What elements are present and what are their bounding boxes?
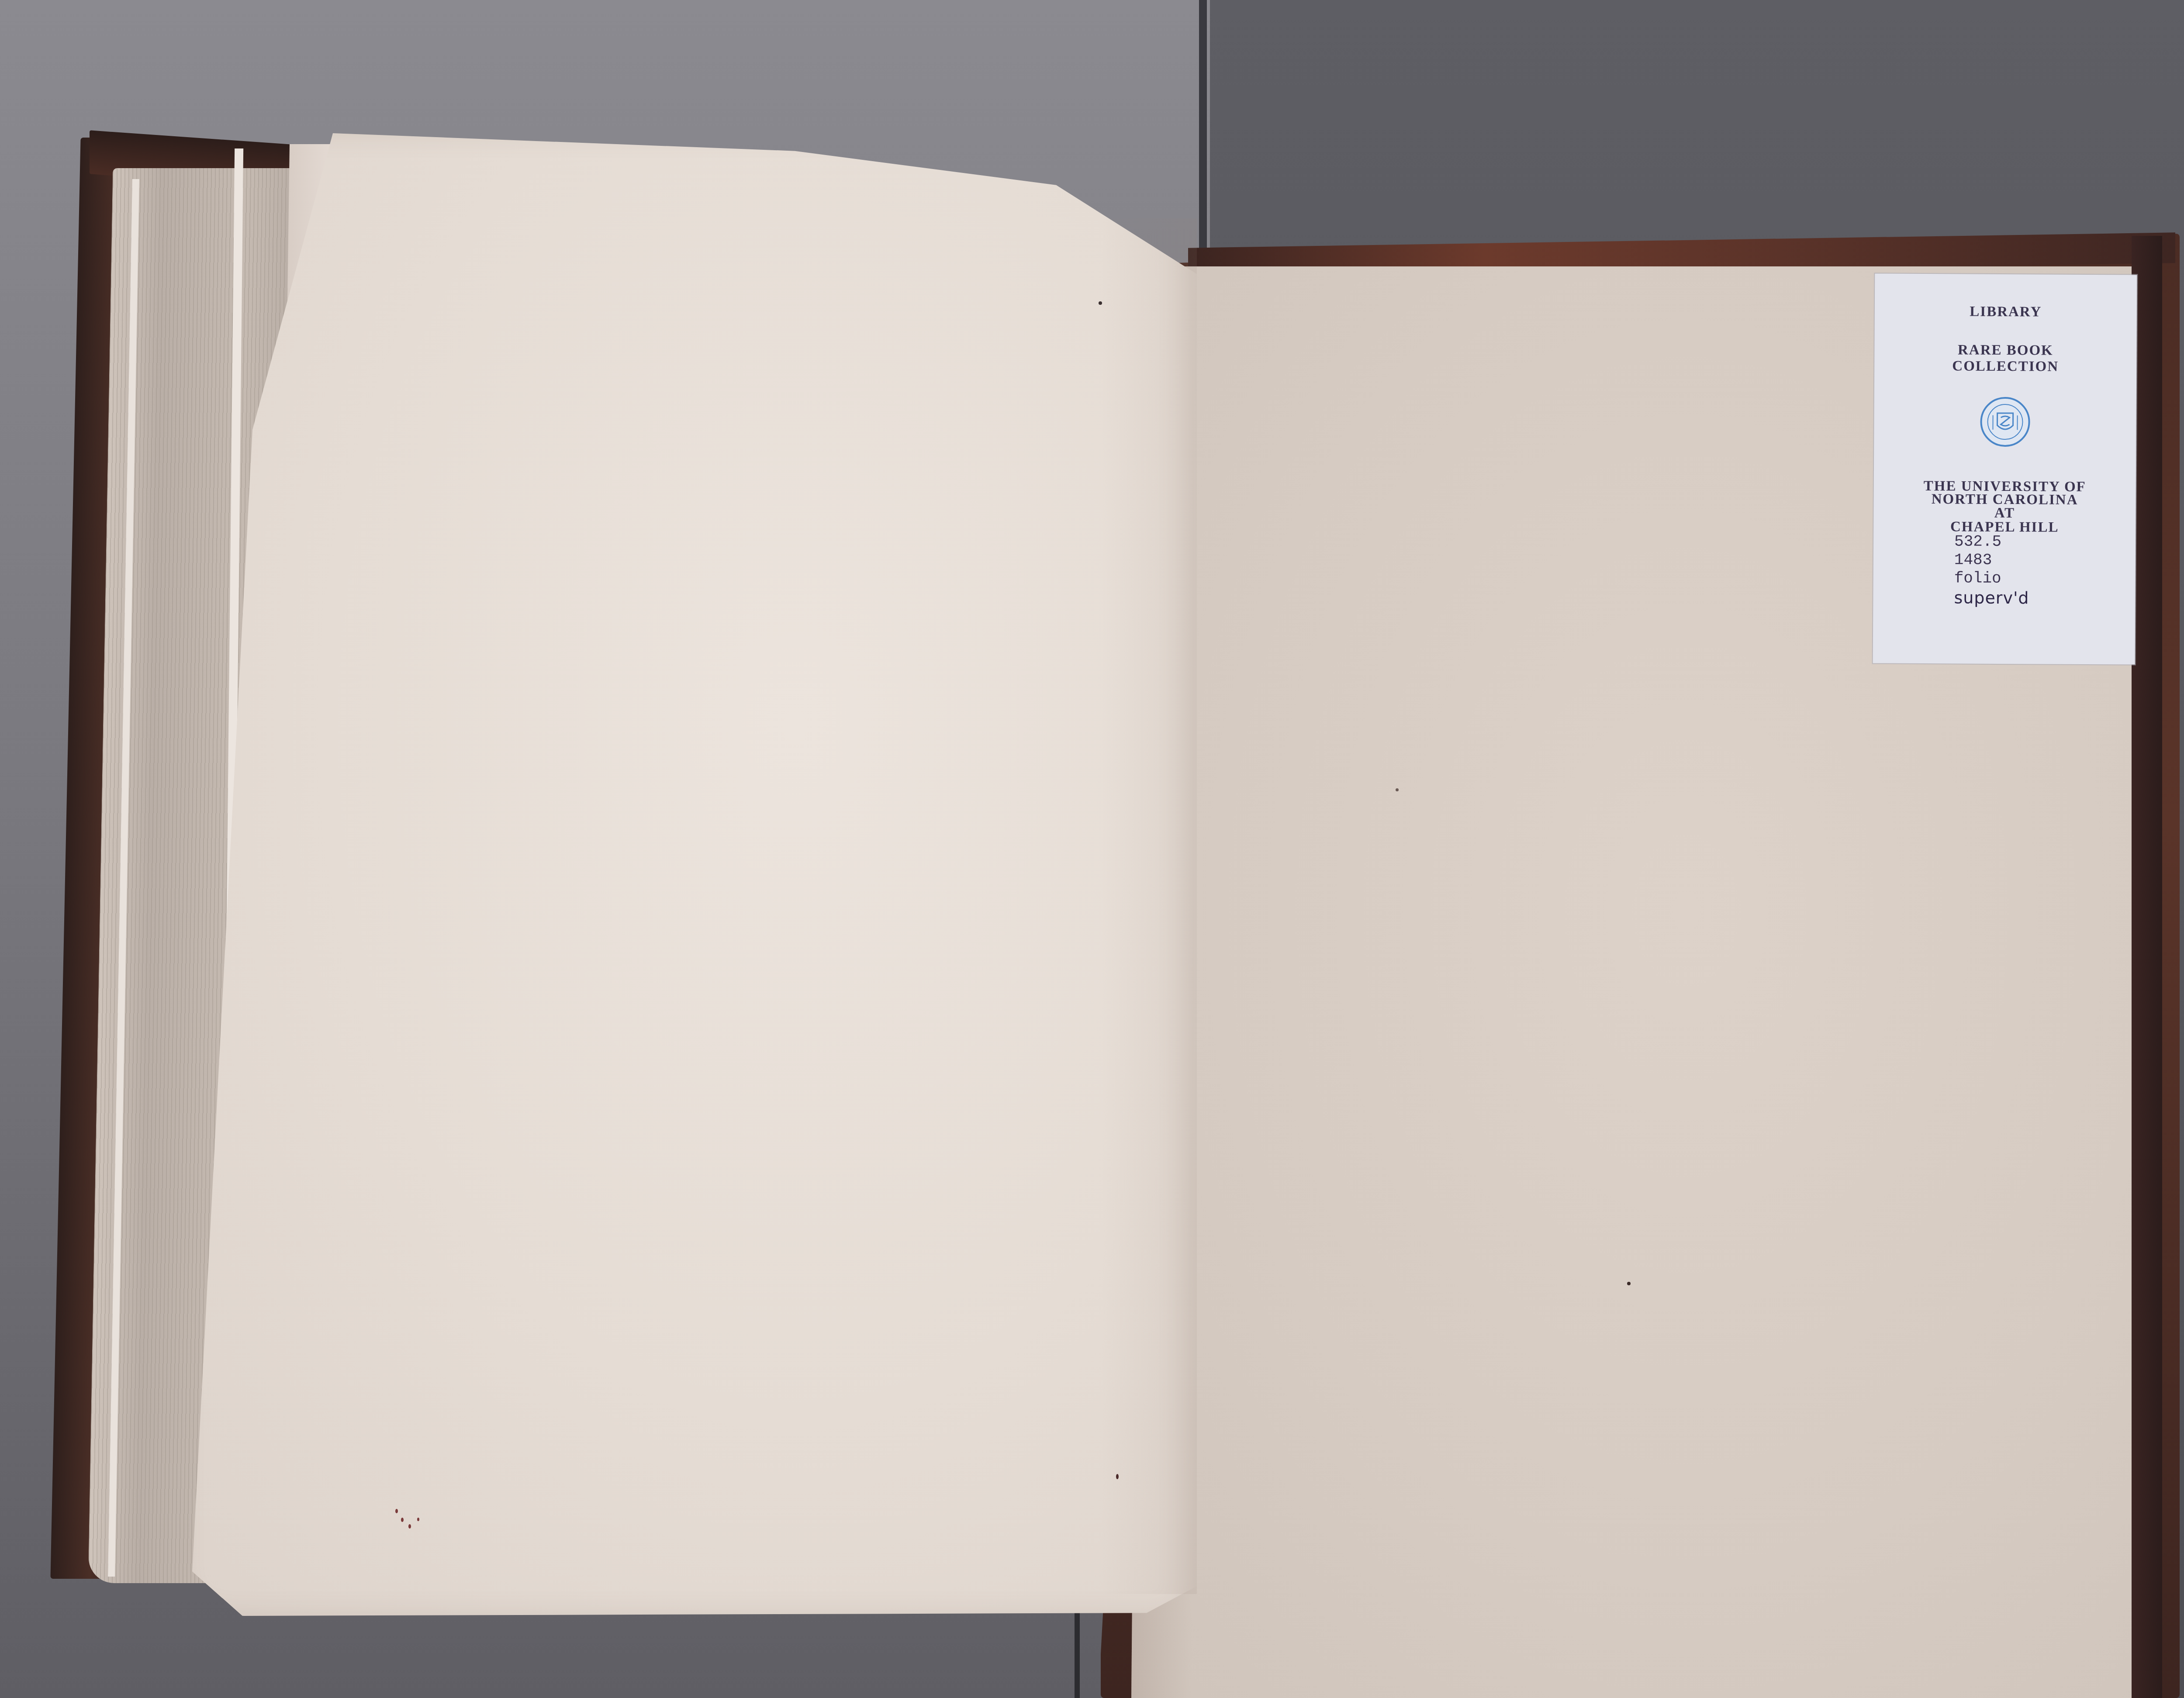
handwritten-note: superv'd — [1954, 589, 2029, 606]
photo-scene: LIBRARY RARE BOOK COLLECTION THE UNIVERS… — [0, 0, 2184, 1698]
bookplate-library: LIBRARY — [1875, 304, 2137, 320]
foxing-mark — [401, 1518, 404, 1522]
call-number-class: 532.5 — [1954, 534, 2001, 550]
library-bookplate: LIBRARY RARE BOOK COLLECTION THE UNIVERS… — [1873, 273, 2137, 664]
call-number-size: folio — [1954, 570, 2001, 587]
page-curl-shadow — [1101, 218, 1197, 1594]
foxing-mark — [1627, 1282, 1631, 1285]
foxing-mark — [1099, 301, 1102, 305]
support-seam-bottom — [1075, 1607, 1080, 1698]
foxing-mark — [395, 1509, 398, 1513]
bookplate-rare-book: RARE BOOK — [1874, 342, 2136, 358]
bookplate-chapel-hill: CHAPEL HILL — [1873, 519, 2136, 535]
left-flyleaf-page — [192, 133, 1197, 1616]
university-seal-icon — [1979, 396, 2032, 449]
board-edge — [2132, 236, 2162, 1698]
foxing-mark — [1396, 788, 1399, 791]
foxing-mark — [1116, 1474, 1119, 1479]
call-number-cutter: 1483 — [1954, 552, 1992, 568]
foxing-mark — [408, 1524, 411, 1529]
foxing-mark — [417, 1518, 419, 1521]
bookplate-collection: COLLECTION — [1874, 359, 2136, 374]
